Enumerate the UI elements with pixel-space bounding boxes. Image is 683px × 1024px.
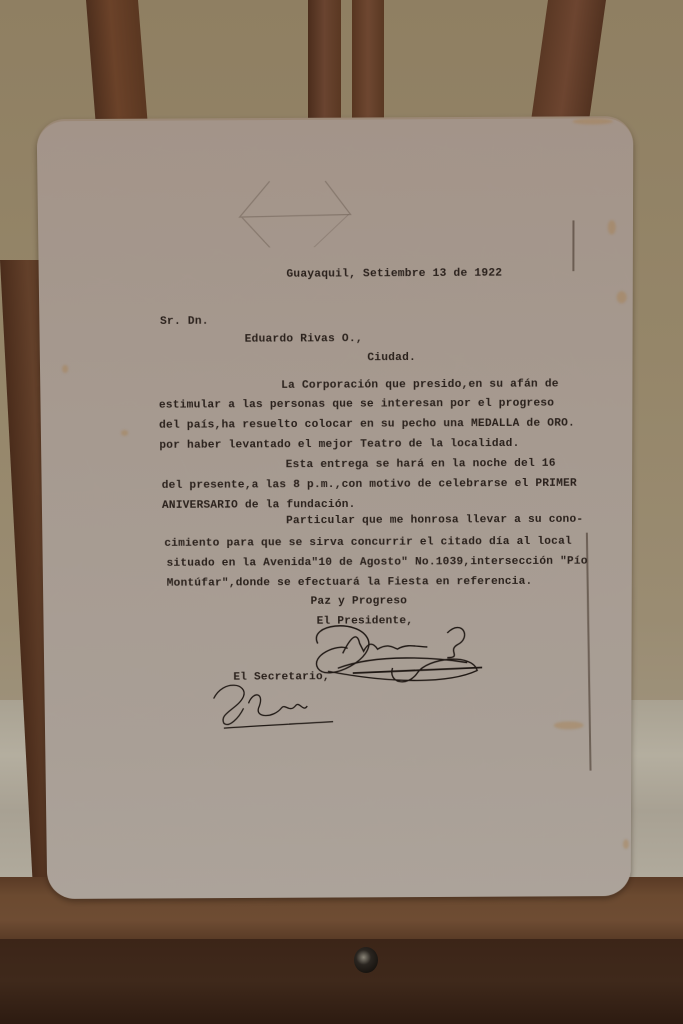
letter-document: Guayaquil, Setiembre 13 de 1922 Sr. Dn. …	[37, 116, 634, 899]
body-line: cimiento para que se sirva concurrir el …	[164, 536, 572, 550]
body-line: situado en la Avenida"10 de Agosto" No.1…	[166, 556, 587, 570]
easel-center-post-right	[352, 0, 384, 130]
photo-scene: Guayaquil, Setiembre 13 de 1922 Sr. Dn. …	[0, 0, 683, 1024]
body-line: por haber levantado el mejor Teatro de l…	[159, 438, 519, 452]
letter-text: Guayaquil, Setiembre 13 de 1922 Sr. Dn. …	[37, 118, 634, 899]
body-line: del presente,a las 8 p.m.,con motivo de …	[162, 478, 577, 492]
secretary-signature	[204, 678, 344, 738]
body-line: del país,ha resuelto colocar en su pecho…	[159, 418, 575, 432]
recipient-name: Eduardo Rivas O.,	[245, 333, 363, 346]
recipient-city: Ciudad.	[367, 352, 416, 364]
date-line: Guayaquil, Setiembre 13 de 1922	[286, 267, 502, 280]
closing: Paz y Progreso	[311, 595, 408, 607]
body-line: Particular que me honrosa llevar a su co…	[286, 514, 583, 528]
body-line: ANIVERSARIO de la fundación.	[162, 499, 356, 512]
body-line: La Corporación que presido,en su afán de	[281, 378, 559, 392]
easel-ledge-front	[0, 939, 683, 1024]
easel-center-post-left	[308, 0, 341, 130]
body-line: Montúfar",donde se efectuará la Fiesta e…	[167, 576, 533, 590]
salutation: Sr. Dn.	[160, 316, 209, 328]
body-line: estimular a las personas que se interesa…	[159, 398, 554, 412]
body-line: Esta entrega se hará en la noche del 16	[286, 458, 556, 471]
easel-knob	[354, 947, 378, 973]
